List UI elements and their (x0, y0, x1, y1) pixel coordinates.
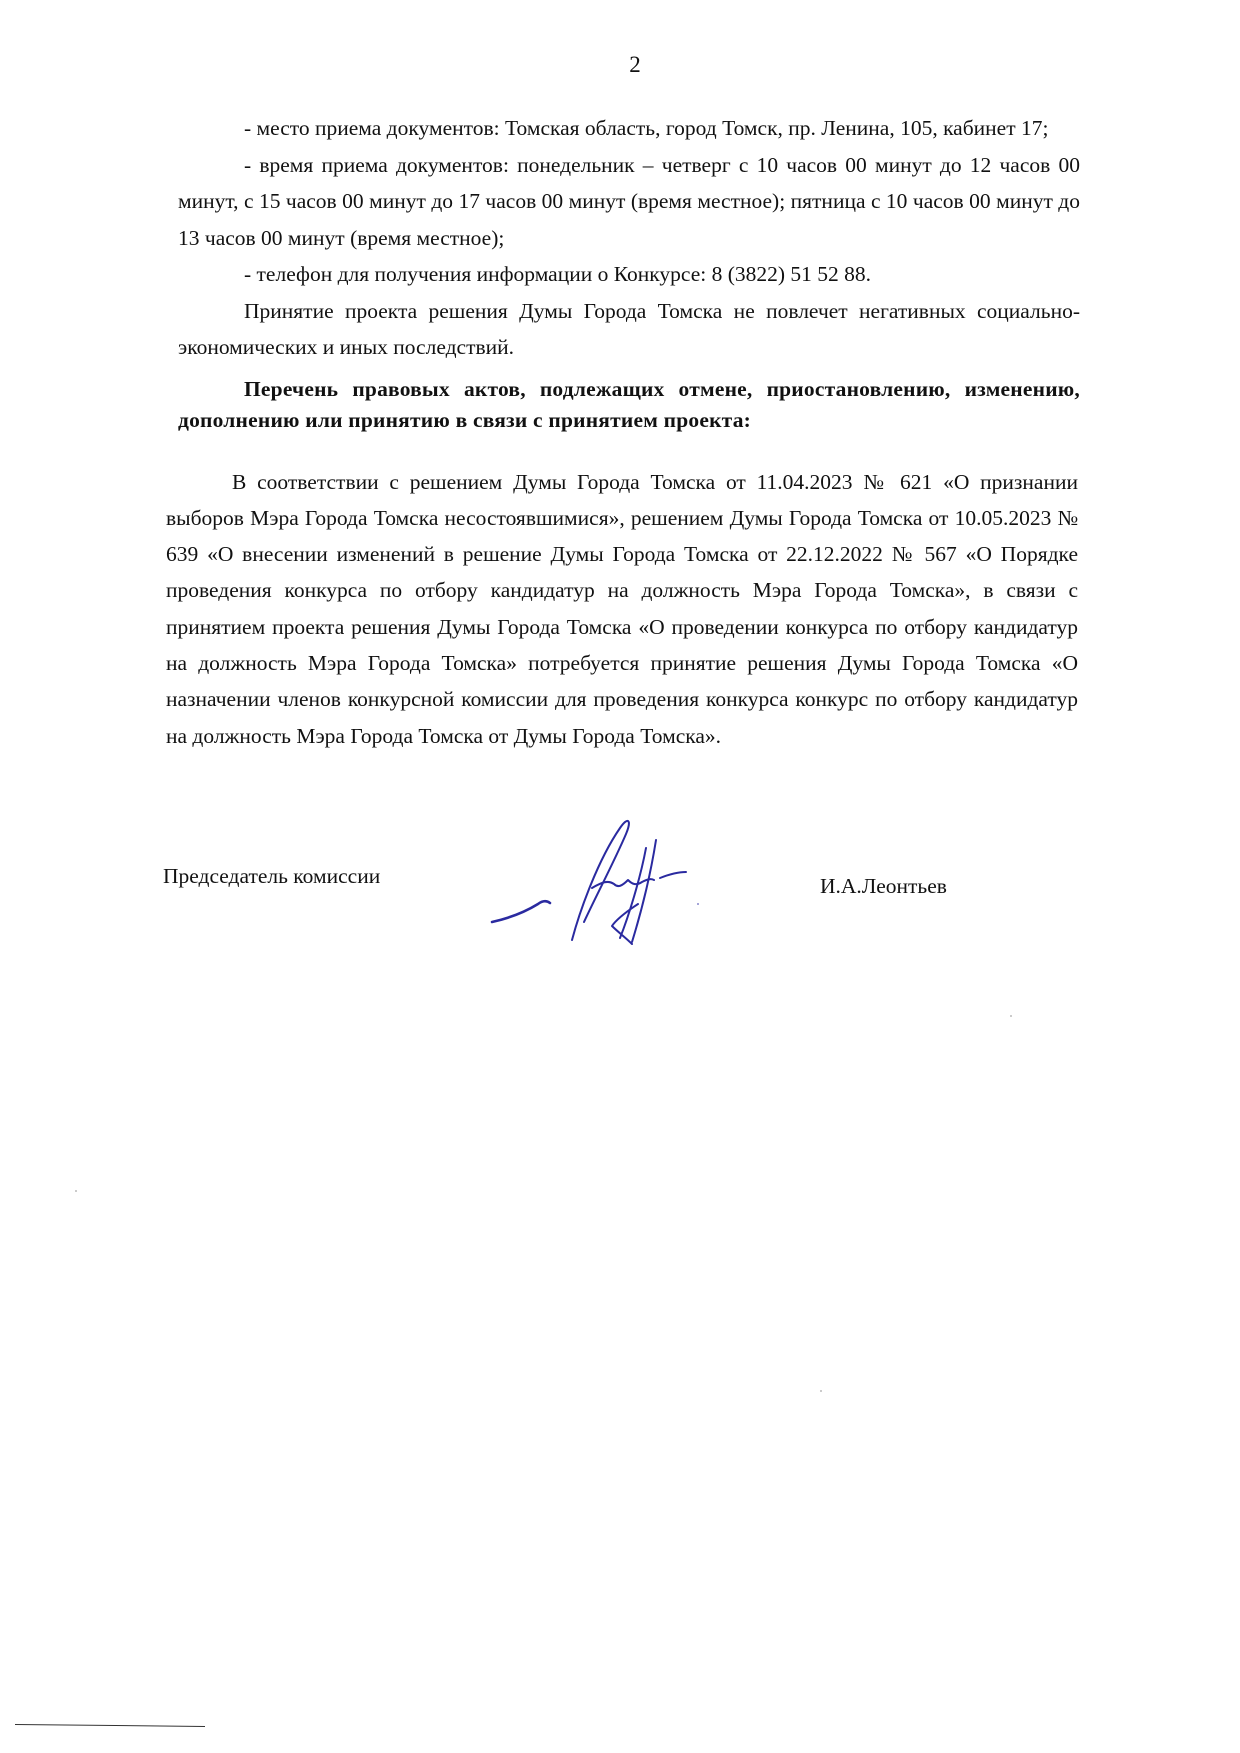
contest-info-phone: - телефон для получения информации о Кон… (178, 256, 1080, 293)
page-number: 2 (620, 52, 650, 78)
legal-acts-paragraph: В соответствии с решением Думы Города То… (166, 464, 1078, 754)
scan-artifact (1010, 1015, 1012, 1017)
signer-name: И.А.Леонтьев (820, 874, 947, 899)
footnote-separator-line (15, 1724, 205, 1727)
section-spacer (178, 436, 1080, 464)
consequences-paragraph: Принятие проекта решения Думы Города Том… (178, 293, 1080, 366)
contest-info-hours: - время приема документов: понедельник –… (178, 147, 1080, 257)
handwritten-signature-icon (480, 800, 740, 950)
scan-artifact (820, 1390, 822, 1392)
legal-acts-heading: Перечень правовых актов, подлежащих отме… (178, 374, 1080, 436)
contest-info-location: - место приема документов: Томская облас… (178, 110, 1080, 147)
signature-position-label: Председатель комиссии (163, 864, 380, 889)
document-body: - место приема документов: Томская облас… (178, 110, 1080, 754)
scan-artifact (75, 1190, 77, 1192)
